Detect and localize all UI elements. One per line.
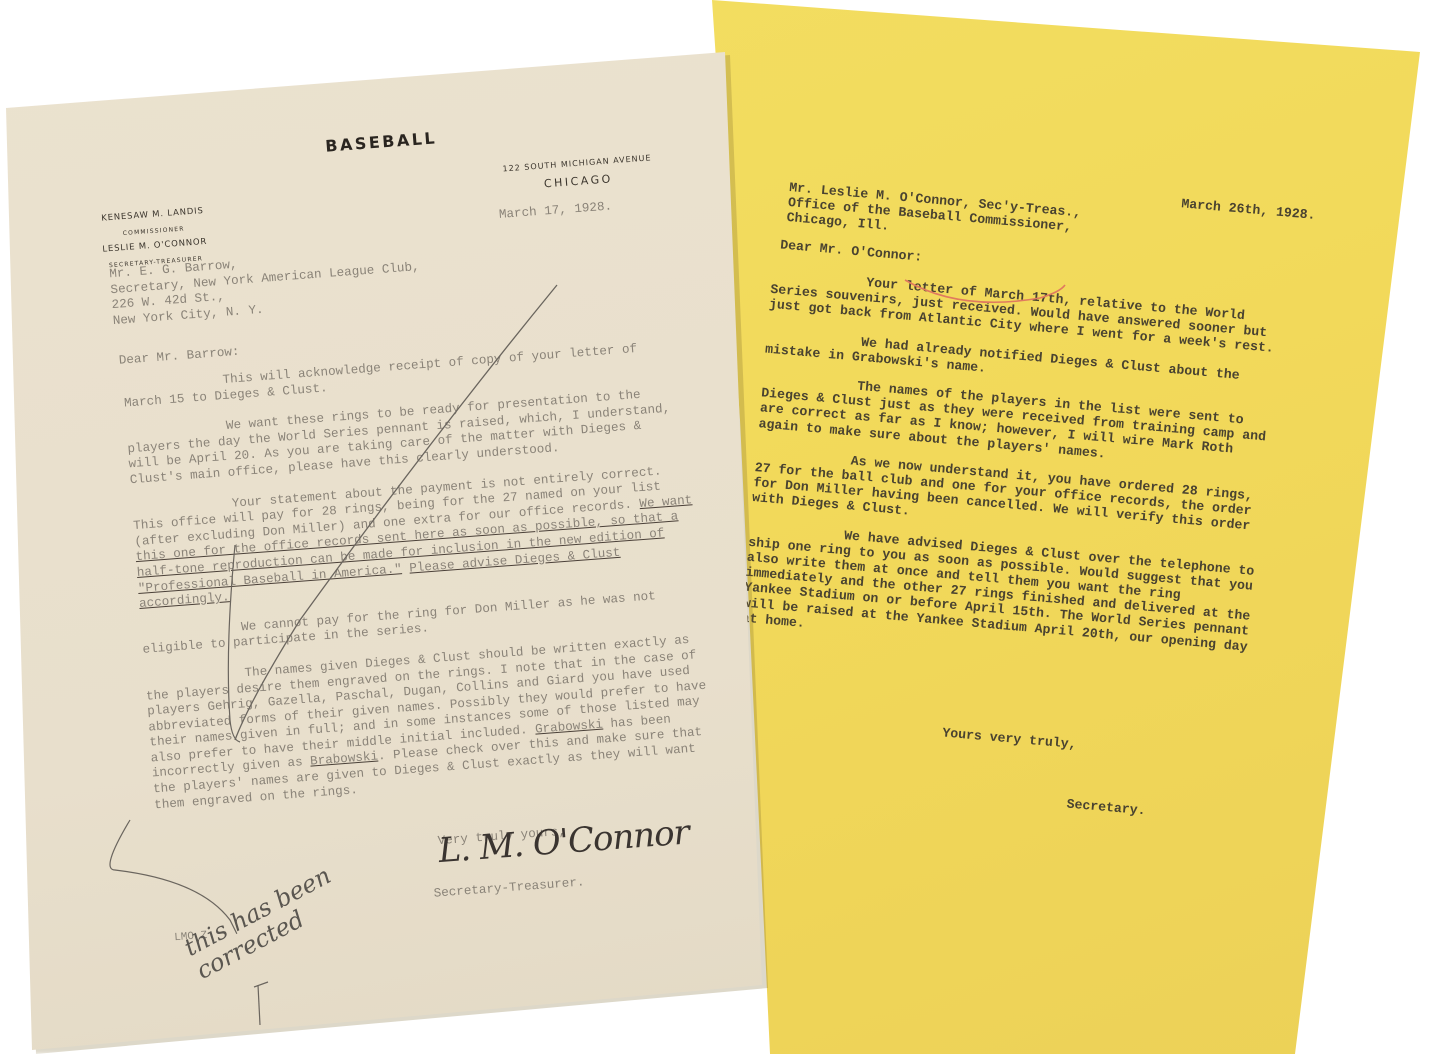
yellow-letter-body: Your letter of March 17th, relative to t… [740,267,1291,685]
signature: L. M. O'Connor [438,825,689,859]
white-letter-body: This will acknowledge receipt of copy of… [122,339,714,829]
paragraph: The names given Dieges & Clust should be… [144,632,713,814]
paragraph: Your statement about the payment is not … [132,462,699,613]
